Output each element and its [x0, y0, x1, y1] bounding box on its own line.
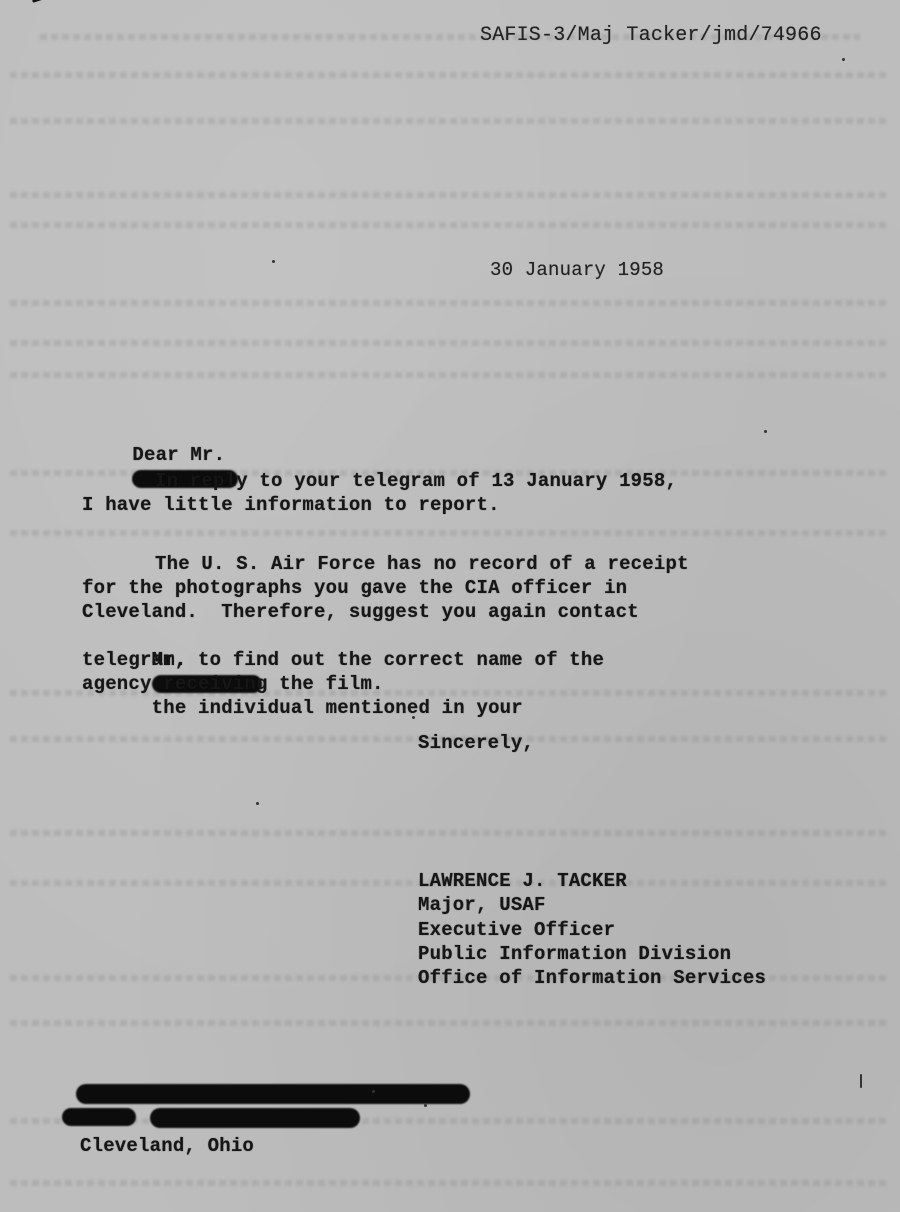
paragraph-line: telegram, to find out the correct name o… — [82, 648, 604, 672]
bleed-through-texture — [10, 72, 890, 78]
redacted-addressee-title — [76, 1084, 470, 1104]
bleed-through-texture — [10, 830, 890, 836]
paragraph-line: agency receiving the film. — [82, 672, 384, 696]
paper-speck — [412, 716, 415, 719]
bleed-through-texture — [10, 222, 890, 228]
paper-speck — [424, 1104, 427, 1107]
reference-line: SAFIS-3/Maj Tacker/jmd/74966 — [480, 24, 822, 48]
signer-rank: Major, USAF — [418, 893, 546, 917]
paper-speck — [272, 260, 275, 263]
paper-speck — [764, 430, 767, 433]
salutation-prefix: Dear Mr. — [132, 444, 225, 466]
bleed-through-texture — [10, 1180, 890, 1186]
bleed-through-texture — [10, 118, 890, 124]
bleed-through-texture — [10, 1020, 890, 1026]
bleed-through-texture — [10, 300, 890, 306]
addressee-city: Cleveland, Ohio — [80, 1134, 254, 1158]
paragraph-line: The U. S. Air Force has no record of a r… — [155, 552, 689, 576]
bleed-through-texture — [10, 530, 890, 536]
bleed-through-texture — [10, 192, 890, 198]
paragraph-line: In reply to your telegram of 13 January … — [155, 469, 677, 493]
bleed-through-texture — [10, 340, 890, 346]
bleed-through-texture — [10, 372, 890, 378]
paragraph-line: for the photographs you gave the CIA off… — [82, 576, 627, 600]
paper-speck — [256, 802, 259, 805]
paper-speck — [860, 1074, 862, 1088]
letter-date: 30 January 1958 — [490, 258, 664, 282]
signer-division: Public Information Division — [418, 942, 731, 966]
redacted-addressee-name — [150, 1108, 360, 1128]
signer-office: Office of Information Services — [418, 966, 766, 990]
paper-speck — [372, 1090, 375, 1093]
document-page: SAFIS-3/Maj Tacker/jmd/74966 30 January … — [0, 0, 900, 1212]
redacted-addressee-org — [62, 1108, 136, 1126]
paper-speck — [842, 58, 845, 61]
paragraph-line: I have little information to report. — [82, 493, 500, 517]
line-suffix: the individual mentioned in your — [152, 697, 523, 719]
signer-title: Executive Officer — [418, 918, 615, 942]
signer-name: LAWRENCE J. TACKER — [418, 869, 627, 893]
closing: Sincerely, — [418, 731, 534, 755]
paragraph-line: Cleveland. Therefore, suggest you again … — [82, 600, 639, 624]
pen-mark — [32, 0, 67, 3]
